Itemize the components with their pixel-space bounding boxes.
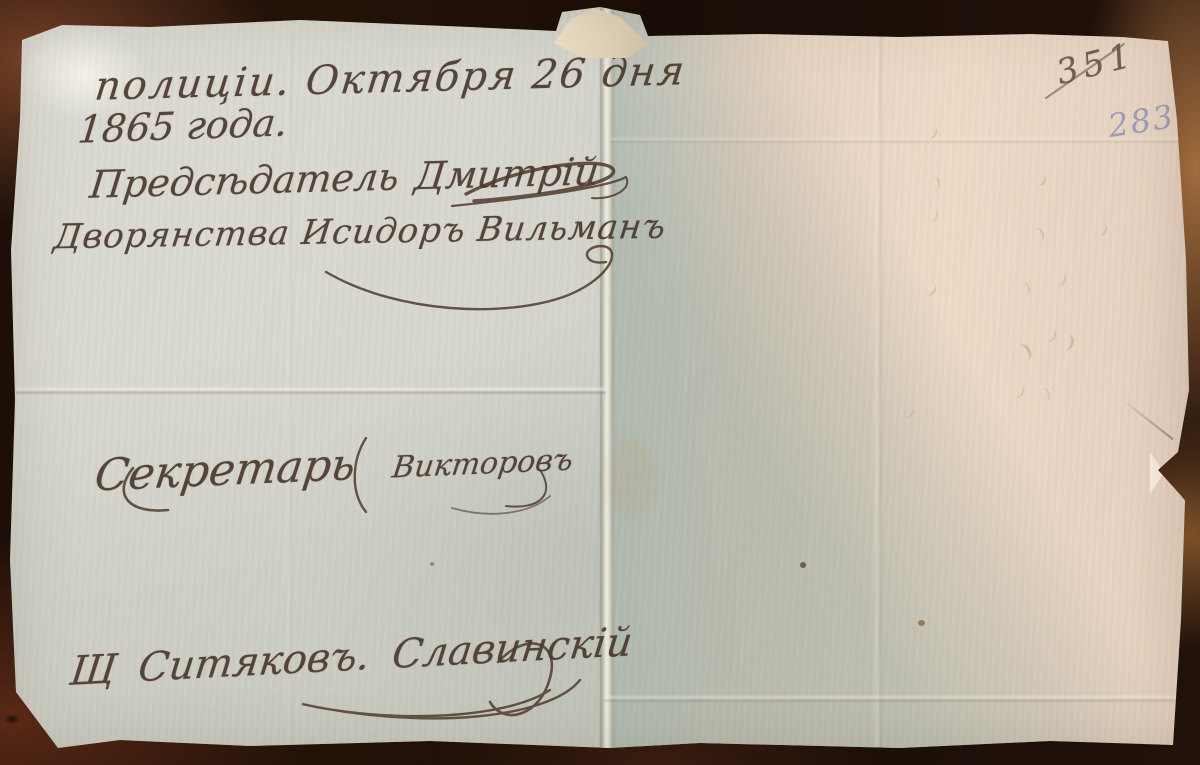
chairman-title: Предсѣдатель bbox=[88, 154, 402, 206]
handwriting-line-nobility: Дворянства Исидоръ Вильманъ bbox=[52, 207, 669, 258]
left-page-shading bbox=[0, 0, 606, 765]
torn-paper-flap bbox=[554, 8, 648, 58]
page-number-pencil: 283 bbox=[1105, 97, 1177, 145]
horizontal-crease-right-top bbox=[610, 136, 1182, 144]
ink-flourishes bbox=[0, 0, 1200, 765]
edge-crack bbox=[1120, 398, 1173, 440]
horizontal-crease-right-page bbox=[604, 694, 1182, 703]
center-fold-crease bbox=[598, 0, 616, 765]
handwriting-line-chairman: ПредсѣдательДмитрій bbox=[88, 149, 602, 206]
handwriting-line-year: 1865 года. bbox=[76, 100, 290, 152]
paper-grain-texture bbox=[0, 0, 1200, 765]
ink-dot bbox=[430, 562, 434, 566]
photo-scene: полиціи. Октября 26 дня 1865 года. Предс… bbox=[0, 0, 1200, 765]
manuscript-sheet: полиціи. Октября 26 дня 1865 года. Предс… bbox=[0, 0, 1200, 765]
chairman-signature: Дмитрій bbox=[412, 149, 601, 198]
paper-stain bbox=[608, 438, 654, 520]
handwriting-line-closing: полиціи. Октября 26 дня bbox=[92, 48, 688, 110]
page-number-ink: 351 bbox=[1052, 35, 1139, 93]
ink-dot bbox=[800, 562, 806, 568]
handwriting-line-clerk-signature: Щ Ситяковъ. Славинскій bbox=[68, 619, 636, 695]
vertical-crease-right bbox=[872, 15, 884, 763]
handwriting-line-secretary: СекретарьВикторовъ bbox=[92, 429, 577, 501]
ink-dot bbox=[918, 620, 925, 626]
horizontal-crease-left-page bbox=[16, 386, 606, 395]
vertical-crease-left bbox=[284, 30, 294, 752]
corner-curl-highlight bbox=[18, 26, 148, 121]
secretary-signature: Викторовъ bbox=[390, 442, 575, 485]
secretary-title: Секретарь bbox=[92, 439, 359, 502]
right-page-shadow bbox=[600, 0, 1185, 765]
